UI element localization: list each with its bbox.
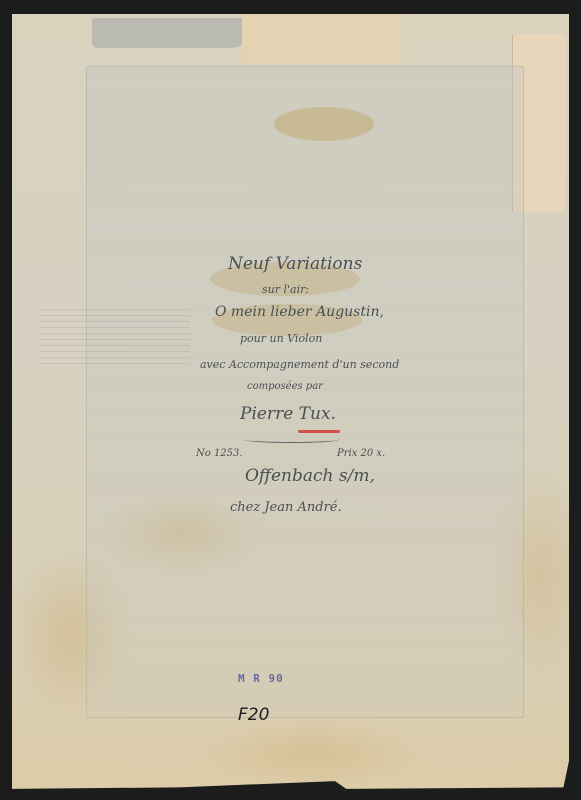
composed-by-text: composées par <box>247 381 323 392</box>
paper-sheet <box>12 14 569 792</box>
composer-name: Pierre Tux. <box>240 404 336 424</box>
instrumentation-text: pour un Violon <box>240 332 322 345</box>
price-text: Prix 20 x. <box>337 448 385 459</box>
publisher-name: chez Jean André. <box>230 500 342 515</box>
paper-repair-patch <box>92 18 252 48</box>
accompaniment-text: avec Accompagnement d'un second <box>200 358 399 371</box>
subtitle-text: sur l'air: <box>262 283 309 296</box>
publisher-city: Offenbach s/m, <box>245 466 375 486</box>
red-underline <box>298 430 340 433</box>
faded-music-staves <box>40 304 190 364</box>
inner-paper-panel <box>86 66 524 718</box>
title-text: Neuf Variations <box>228 254 362 274</box>
library-stamp: M R 90 <box>238 672 284 685</box>
air-name-text: O mein lieber Augustin, <box>215 304 384 320</box>
calligraphic-flourish <box>244 436 339 443</box>
plate-number: No 1253. <box>196 448 243 459</box>
paper-repair-patch-top <box>242 14 402 64</box>
shelfmark-annotation: F20 <box>238 705 269 725</box>
water-stain <box>274 107 374 141</box>
